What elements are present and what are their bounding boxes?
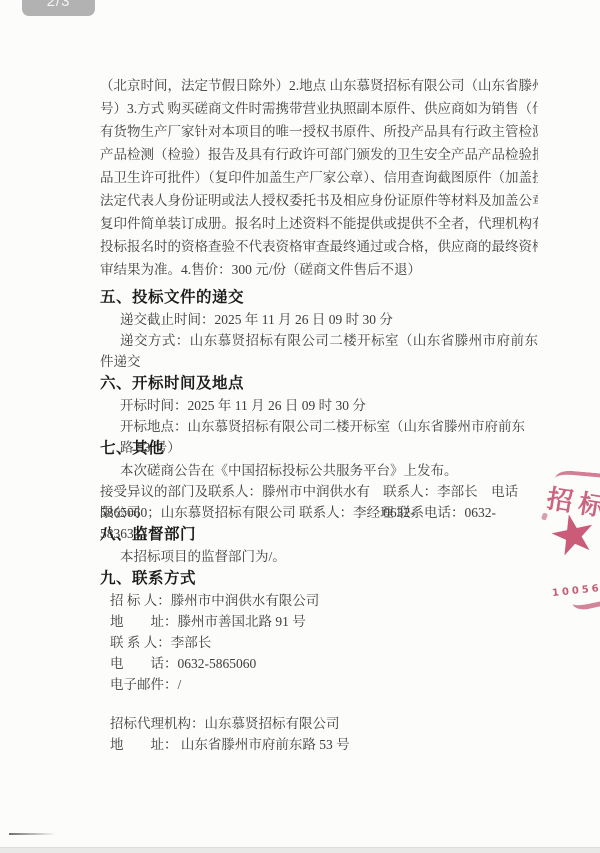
seal-ink-speck [541,512,548,520]
scan-artifact-line [9,833,56,835]
seal-ring-arc-top [554,470,600,493]
document-content: （北京时间，法定节假日除外）2.地点 山东慕贤招标有限公司（山东省滕州市府前东路… [100,74,538,755]
section-heading-opening: 六、开标时间及地点 [100,372,538,395]
tenderer-name: 招 标 人：滕州市中润供水有限公司 [100,590,538,611]
tenderer-phone: 电 话：0632-5865060 [100,653,538,674]
page-indicator-badge: 2/3 [22,0,95,16]
scanned-document-page: 2/3 （北京时间，法定节假日除外）2.地点 山东慕贤招标有限公司（山东省滕州市… [0,0,600,853]
announcement-platform-line: 本次磋商公告在《中国招标投标公共服务平台》上发布。 [100,460,538,481]
submission-deadline: 递交截止时间：2025 年 11 月 26 日 09 时 30 分 [100,309,538,330]
section-heading-submission: 五、投标文件的递交 [100,286,538,309]
opening-time: 开标时间：2025 年 11 月 26 日 09 时 30 分 [100,395,538,416]
tenderer-address: 地 址：滕州市善国北路 91 号 [100,611,538,632]
paragraph-line: 有货物生产厂家针对本项目的唯一授权书原件、所投产品具有行政主管检测部门出具的同类 [100,120,538,143]
submission-method-line1: 递交方式：山东慕贤招标有限公司二楼开标室（山东省滕州市府前东路 53 号）纸质文 [100,330,538,351]
paragraph-line: 号）3.方式 购买磋商文件时需携带营业执照副本原件、供应商如为销售（代理）商，应… [100,97,538,120]
paragraph-line: 审结果为准。4.售价：300 元/份（磋商文件售后不退） [100,258,538,281]
opening-place: 开标地点：山东慕贤招标有限公司二楼开标室（山东省滕州市府前东路 53 号） [100,416,538,437]
section-heading-contact: 九、联系方式 [100,567,538,590]
paragraph-line: 投标报名时的资格查验不代表资格审查最终通过或合格，供应商的最终资格的确认以资格后 [100,235,538,258]
seal-text: 招标 [545,478,600,525]
paragraph-line: 产品检测（检验）报告及具有行政许可部门颁发的卫生安全产品产品检验报告（卫生安全产 [100,143,538,166]
seal-serial-number: 100563 [552,582,600,599]
paragraph-line: 复印件简单装订成册。报名时上述资料不能提供或提供不全者，代理机构有权拒绝其报名。 [100,212,538,235]
agency-contact-line: 5865060；山东慕贤招标有限公司 联系人：李经理 联系电话：0632-583… [100,502,538,523]
objection-department: 接受异议的部门及联系人：滕州市中润供水有限公司 [100,481,383,502]
section-heading-supervision: 八、监督部门 [100,523,538,546]
official-seal: 招标 ★ 100563 [535,452,600,634]
paragraph-line: （北京时间，法定节假日除外）2.地点 山东慕贤招标有限公司（山东省滕州市府前东路… [100,74,538,97]
star-icon: ★ [543,502,600,569]
objection-contact-person: 联系人：李部长 电话 0632- [383,481,538,502]
agency-address: 地 址： 山东省滕州市府前东路 53 号 [100,734,538,755]
supervision-department-line: 本招标项目的监督部门为/。 [100,546,538,567]
submission-method-line2: 件递交 [100,351,538,372]
paragraph-line: 法定代表人身份证明或法人授权委托书及相应身份证原件等材料及加盖公章的复印件一套。 [100,189,538,212]
tenderer-contact-person: 联 系 人：李部长 [100,632,538,653]
tenderer-email: 电子邮件：/ [100,674,538,695]
seal-ring-arc-bottom [571,585,600,612]
page-bottom-edge [0,847,600,853]
objection-contact-line: 接受异议的部门及联系人：滕州市中润供水有限公司 联系人：李部长 电话 0632- [100,481,538,502]
paragraph-line: 品卫生许可批件）（复印件加盖生产厂家公章）、信用查询截图原件（加盖投标单位公章）… [100,166,538,189]
agency-name: 招标代理机构：山东慕贤招标有限公司 [100,713,538,734]
